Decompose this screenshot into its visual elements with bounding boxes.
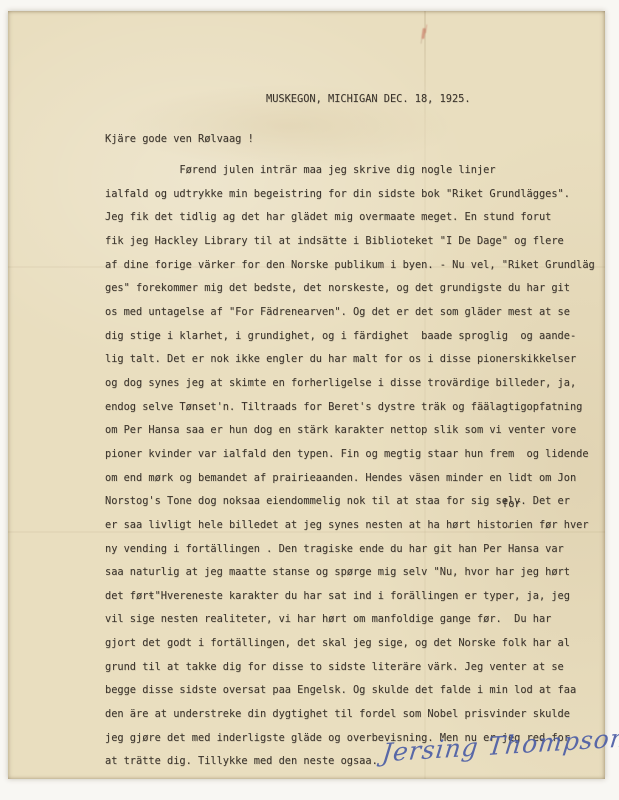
typed-line: den äre at understreke din dygtighet til… [105, 703, 595, 727]
scanned-letter-view: MUSKEGON, MICHIGAN DEC. 18, 1925. Kjäre … [0, 0, 619, 800]
typed-line: og dog synes jeg at skimte en forherlige… [105, 372, 595, 396]
salutation: Kjäre gode ven Rølvaag ! [105, 133, 254, 145]
typed-line: saa naturlig at jeg maatte stanse og spø… [105, 561, 595, 585]
typed-line: Førend julen inträr maa jeg skrive dig n… [105, 159, 595, 183]
typed-line: vil sige nesten realiteter, vi har hørt … [105, 608, 595, 632]
typed-line: Norstog's Tone dog noksaa eiendommelig n… [105, 490, 595, 514]
typed-line: Jeg fik det tidlig ag det har glädet mig… [105, 206, 595, 230]
typed-line: lig talt. Det er nok ikke engler du har … [105, 348, 595, 372]
typed-line: ialfald og udtrykke min begeistring for … [105, 183, 595, 207]
typed-line: fik jeg Hackley Library til at indsätte … [105, 230, 595, 254]
typed-line: endog selve Tønset'n. Tiltraads for Bere… [105, 396, 595, 420]
interline-insertion: for [502, 498, 521, 510]
typed-line: om Per Hansa saa er hun dog en stärk kar… [105, 419, 595, 443]
typed-line: ges" forekommer mig det bedste, det nors… [105, 277, 595, 301]
typed-line: det førŧ"Hvereneste karakter du har sat … [105, 585, 595, 609]
typed-line: begge disse sidste oversat paa Engelsk. … [105, 679, 595, 703]
typed-line: dig stige i klarhet, i grundighet, og i … [105, 325, 595, 349]
typed-line: er saa livligt hele billedet at jeg syne… [105, 514, 595, 538]
red-pencil-mark [421, 28, 426, 39]
typed-line: ny vending i fortällingen . Den tragiske… [105, 538, 595, 562]
insertion-caret-mark: ' [506, 525, 511, 535]
typed-line: grund til at takke dig for disse to sids… [105, 656, 595, 680]
typed-line: os med untagelse af "For Fädrenearven". … [105, 301, 595, 325]
typed-line: af dine forige värker for den Norske pub… [105, 254, 595, 278]
typed-line: om end mørk og bemandet af prairieaanden… [105, 467, 595, 491]
dateline: MUSKEGON, MICHIGAN DEC. 18, 1925. [266, 93, 471, 105]
typed-line: pioner kvinder var ialfald den typen. Fi… [105, 443, 595, 467]
letter-paper: MUSKEGON, MICHIGAN DEC. 18, 1925. Kjäre … [8, 11, 605, 779]
typed-line: gjort det godt i fortällingen, det skal … [105, 632, 595, 656]
letter-body: Førend julen inträr maa jeg skrive dig n… [105, 159, 595, 774]
